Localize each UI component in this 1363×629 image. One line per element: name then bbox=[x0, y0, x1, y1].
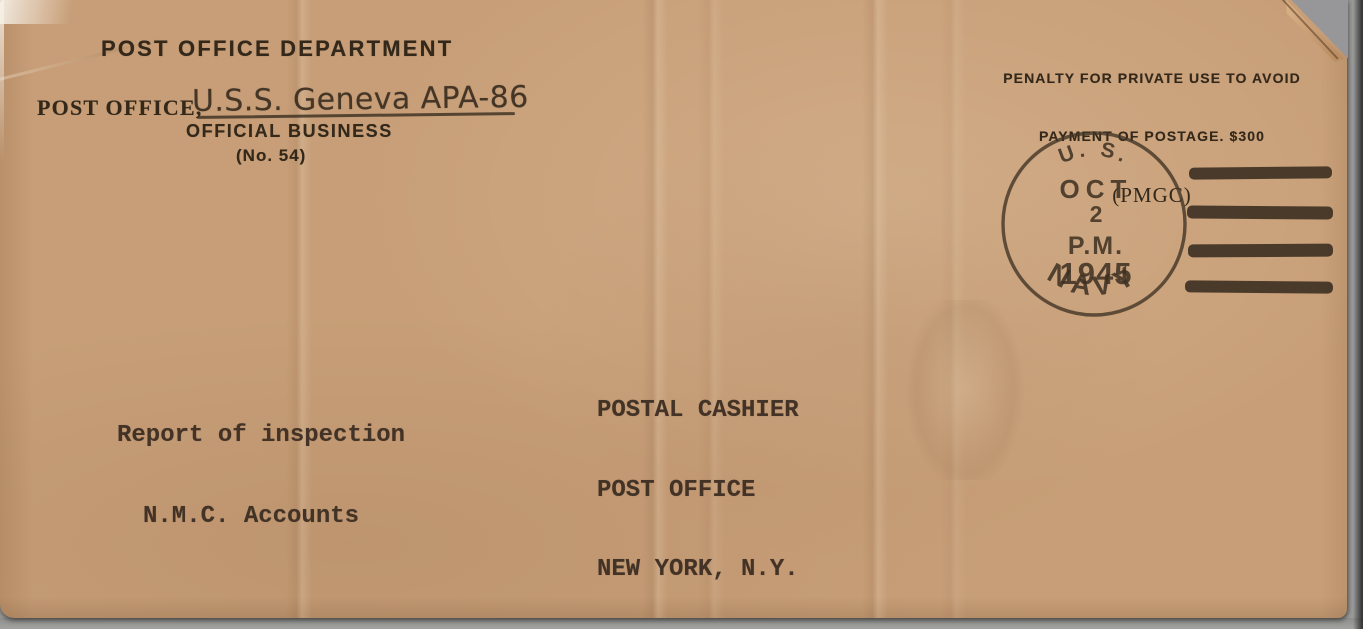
penalty-line-1: PENALTY FOR PRIVATE USE TO AVOID bbox=[973, 67, 1331, 89]
notation-line-1: Report of inspection bbox=[117, 422, 405, 449]
killer-bar bbox=[1188, 244, 1333, 258]
address-line-3: NEW YORK, N.Y. bbox=[597, 557, 799, 584]
postmark-arc-top: U. S. bbox=[1055, 138, 1133, 168]
scanned-envelope-scene: POST OFFICE DEPARTMENT POST OFFICE, U.S.… bbox=[0, 0, 1363, 629]
postmark-day: 2 bbox=[1090, 201, 1103, 227]
scan-light-edge bbox=[0, 0, 4, 160]
recipient-address: POSTAL CASHIER POST OFFICE NEW YORK, N.Y… bbox=[597, 345, 799, 629]
svg-text:U. S.: U. S. bbox=[1055, 138, 1133, 168]
address-line-1: POSTAL CASHIER bbox=[597, 398, 799, 425]
address-line-2: POST OFFICE bbox=[597, 478, 799, 505]
scanner-edge-shadow bbox=[1353, 0, 1363, 629]
notation-line-2: N.M.C. Accounts bbox=[143, 503, 405, 530]
envelope-paper: POST OFFICE DEPARTMENT POST OFFICE, U.S.… bbox=[0, 0, 1347, 618]
postmark-month: OCT bbox=[1060, 174, 1133, 204]
killer-bar bbox=[1185, 280, 1333, 293]
form-number: (No. 54) bbox=[236, 146, 306, 166]
killer-bar bbox=[1189, 166, 1332, 179]
scan-light-edge bbox=[0, 0, 130, 24]
contents-notation: Report of inspection N.M.C. Accounts bbox=[117, 368, 405, 584]
department-heading: POST OFFICE DEPARTMENT bbox=[101, 36, 453, 62]
official-business-label: OFFICIAL BUSINESS bbox=[186, 121, 393, 142]
postmark: U. S. OCT 2 P.M. 1945 NAVY bbox=[975, 118, 1347, 330]
killer-bar bbox=[1187, 205, 1333, 219]
post-office-label: POST OFFICE, bbox=[37, 95, 203, 121]
